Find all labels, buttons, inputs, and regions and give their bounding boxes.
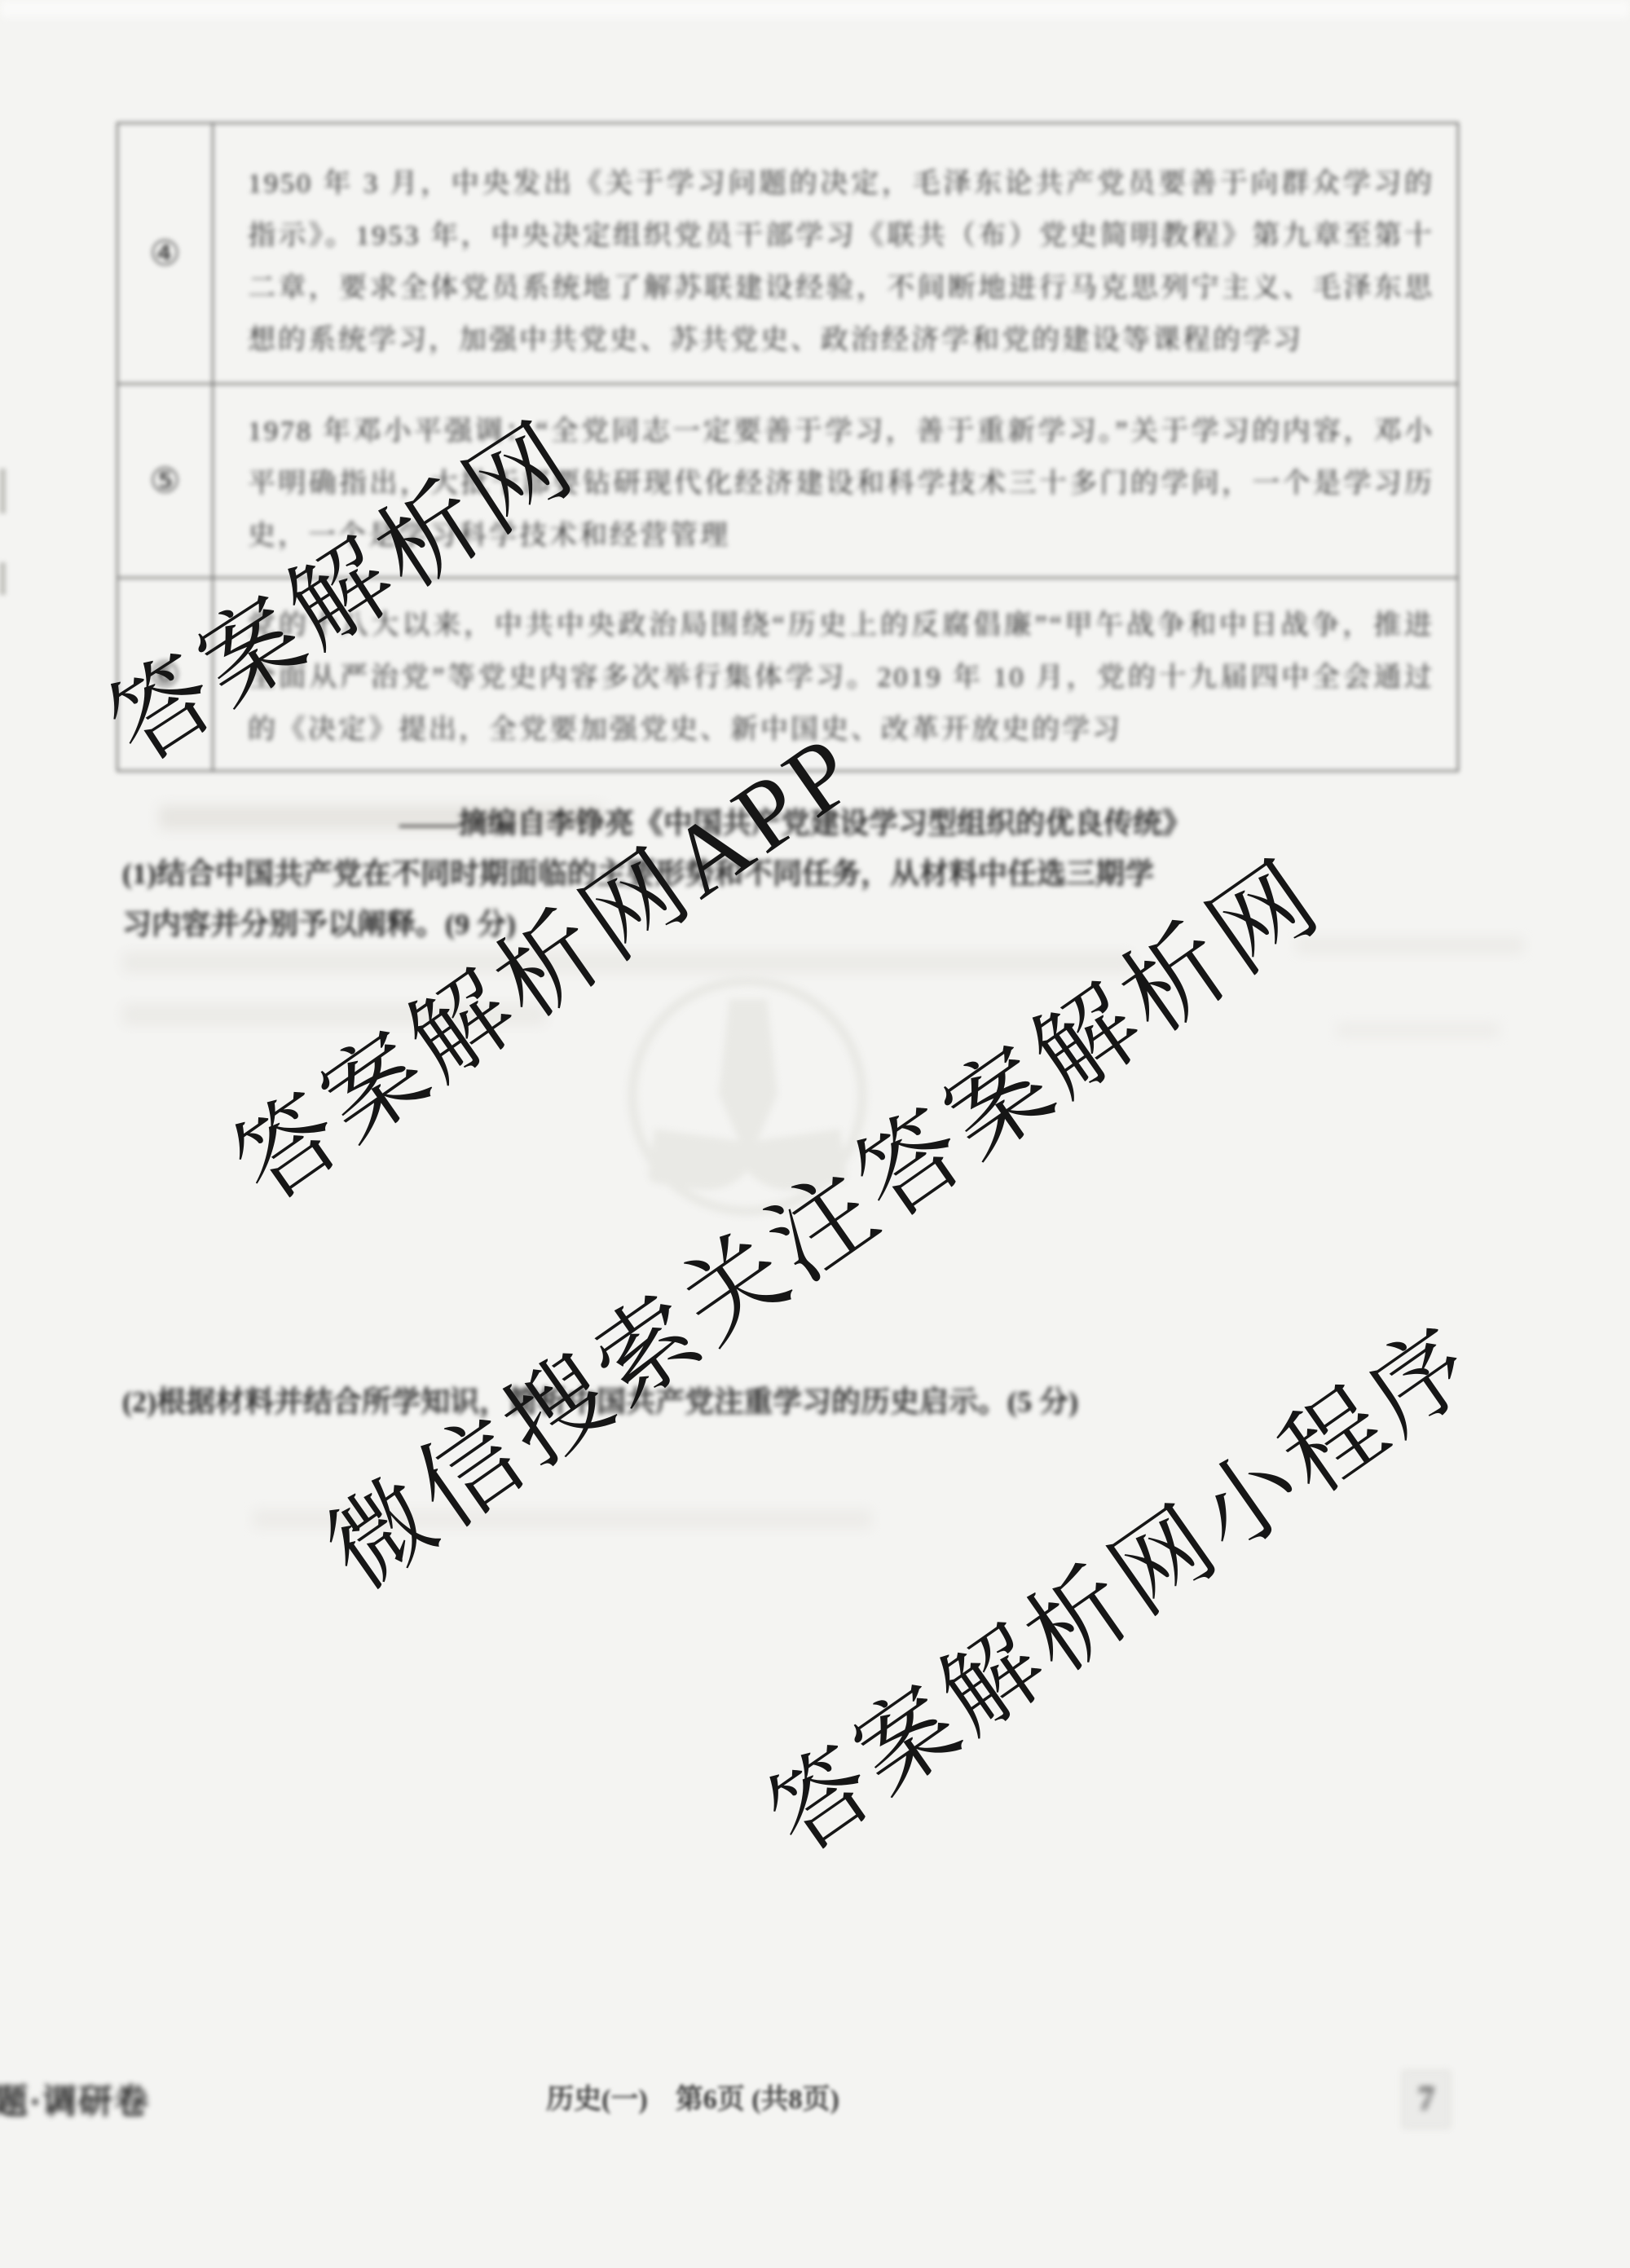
scan-edge-highlight xyxy=(0,0,1630,18)
footer-paper-type-label: 题·调研卷 xyxy=(0,2075,150,2124)
row-text-4: 1950 年 3 月，中央发出《关于学习问题的决定，毛泽东论共产党员要善于向群众… xyxy=(214,124,1457,383)
row-number-circle-4: ④ xyxy=(118,124,214,383)
bleed-through-smudge xyxy=(1296,937,1524,953)
row-number-circle-5: ⑤ xyxy=(118,385,214,577)
footer-page-number: 历史(一) 第6页 (共8页) xyxy=(456,2076,929,2116)
bleed-through-smudge xyxy=(1337,1023,1500,1037)
scan-speck xyxy=(0,562,6,595)
table-row: ④ 1950 年 3 月，中央发出《关于学习问题的决定，毛泽东论共产党员要善于向… xyxy=(118,124,1457,385)
scan-speck xyxy=(0,469,6,513)
footer-corner-mark: 7 xyxy=(1402,2070,1451,2129)
question-1-line-2: 习内容并分别予以阐释。(9 分) xyxy=(122,901,516,943)
